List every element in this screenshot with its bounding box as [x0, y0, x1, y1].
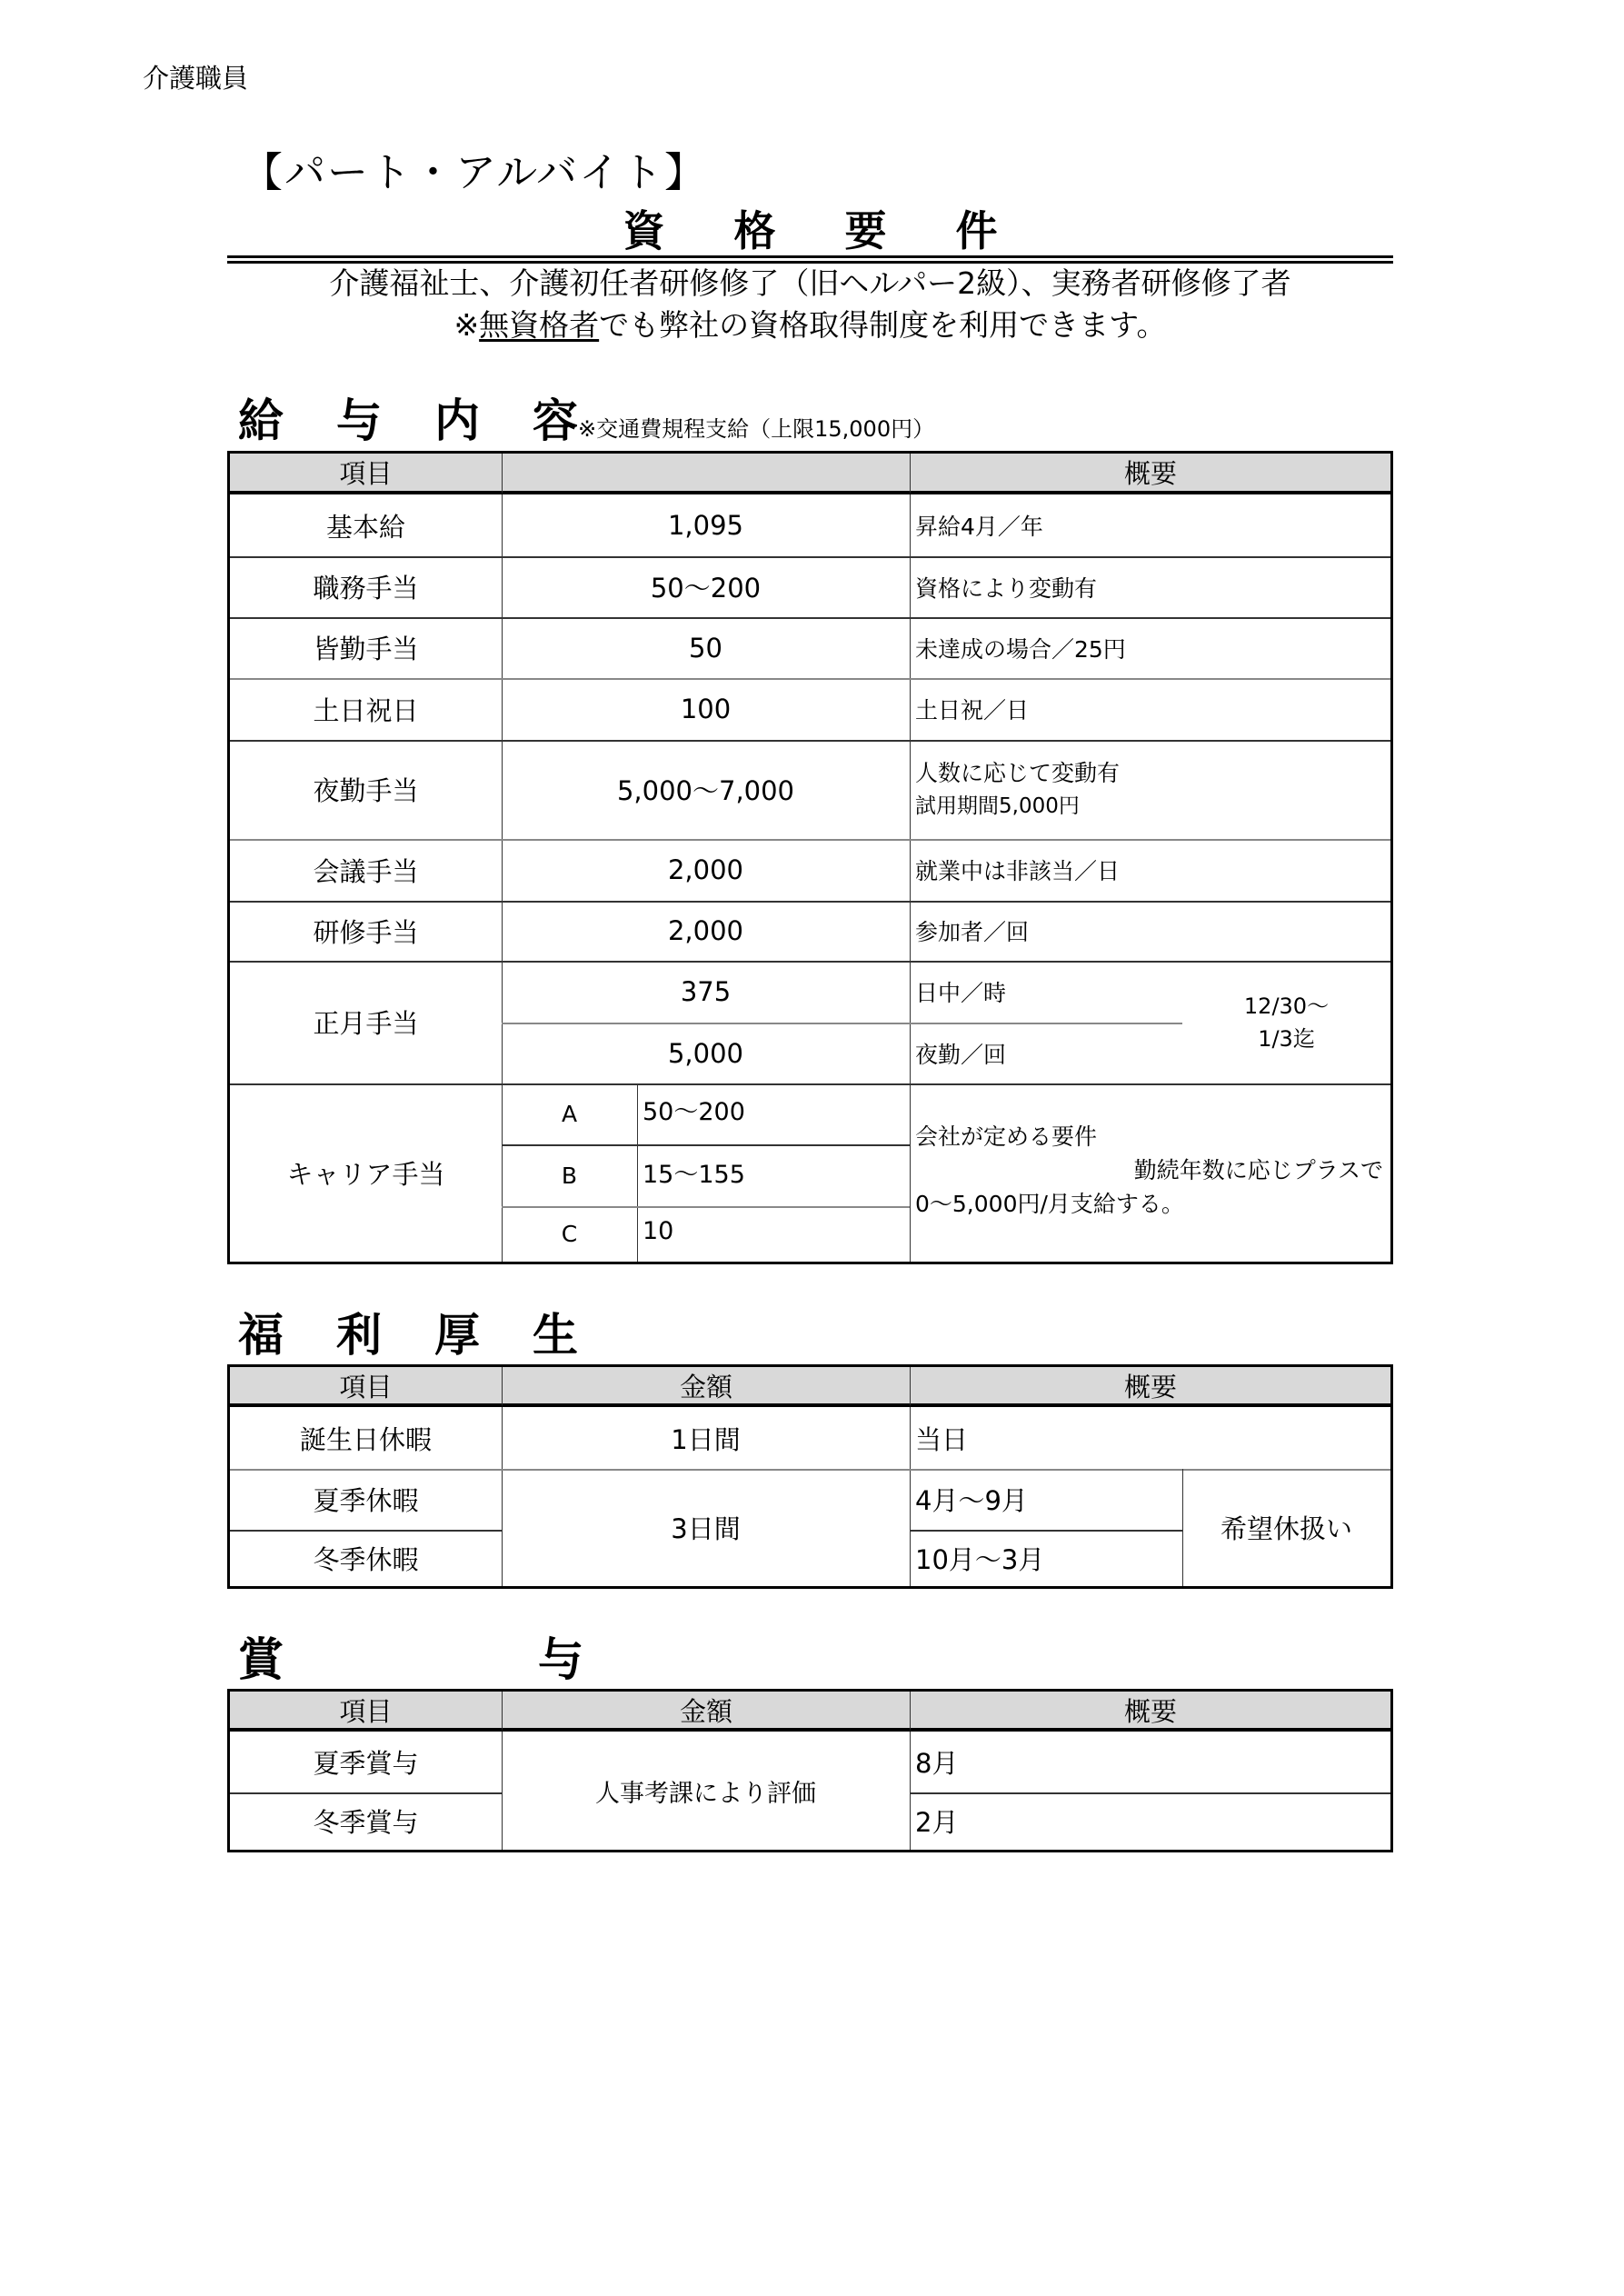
col-header-summary: 概要: [910, 454, 1390, 494]
career-summary: 会社が定める要件 勤続年数に応じプラスで 0〜5,000円/月支給する。: [910, 1083, 1390, 1262]
row-amount: 50〜200: [502, 556, 910, 617]
title-char: 生: [533, 1309, 578, 1362]
row-amount: 2,000: [502, 901, 910, 961]
title-char: 与: [336, 394, 434, 447]
career-amount: 10: [637, 1206, 910, 1256]
document-label: 介護職員: [143, 62, 248, 95]
row-summary: 2月: [910, 1792, 1390, 1850]
row-item: 夜勤手当: [230, 740, 502, 839]
row-amount: 1日間: [502, 1407, 910, 1469]
row-item: 誕生日休暇: [230, 1407, 502, 1469]
salary-section-title: 給与内容※交通費規程支給（上限15,000円）: [238, 394, 934, 455]
career-grade: A: [502, 1083, 637, 1144]
period-end: 1/3迄: [1258, 1023, 1315, 1055]
row-summary: 8月: [910, 1732, 1390, 1792]
row-item: 土日祝日: [230, 678, 502, 740]
title-char: 件: [956, 205, 998, 256]
title-char: 給: [238, 394, 336, 447]
summary-line: 0〜5,000円/月支給する。: [915, 1187, 1390, 1221]
career-grade: B: [502, 1144, 637, 1206]
new-year-period: 12/30〜 1/3迄: [1182, 961, 1390, 1083]
seasonal-note: 希望休扱い: [1182, 1469, 1390, 1586]
career-item: キャリア手当: [230, 1083, 502, 1262]
bonus-section-title: 賞与: [238, 1633, 583, 1686]
row-item: 会議手当: [230, 839, 502, 901]
employment-type-title: 【パート・アルバイト】: [242, 147, 707, 198]
title-char: 要: [845, 205, 887, 256]
col-header-item: 項目: [230, 1692, 502, 1732]
new-year-day-amount: 375: [502, 961, 910, 1023]
row-amount: 2,000: [502, 839, 910, 901]
row-item: 冬季休暇: [230, 1530, 502, 1586]
career-grade: C: [502, 1206, 637, 1262]
row-summary: 未達成の場合／25円: [910, 617, 1390, 678]
row-item: 研修手当: [230, 901, 502, 961]
row-summary: 4月〜9月: [910, 1469, 1182, 1530]
note-mark: ※: [453, 307, 479, 343]
row-item: 基本給: [230, 494, 502, 556]
title-char: 賞: [238, 1633, 538, 1686]
new-year-item: 正月手当: [230, 961, 502, 1083]
col-header-summary: 概要: [910, 1692, 1390, 1732]
row-item: 皆勤手当: [230, 617, 502, 678]
row-summary: 当日: [910, 1407, 1390, 1469]
career-amount: 50〜200: [637, 1083, 910, 1135]
row-summary: 10月〜3月: [910, 1530, 1182, 1586]
title-char: 利: [336, 1309, 434, 1362]
row-item: 夏季賞与: [230, 1732, 502, 1792]
row-amount: 1,095: [502, 494, 910, 556]
title-char: 内: [434, 394, 533, 447]
requirements-text: 介護福祉士、介護初任者研修修了（旧ヘルパー2級）、実務者研修修了者: [227, 264, 1393, 304]
row-amount: 50: [502, 617, 910, 678]
salary-table: 項目 概要 基本給 1,095 昇給4月／年 職務手当 50〜200 資格により…: [227, 451, 1393, 1264]
summary-line: 勤続年数に応じプラスで: [915, 1153, 1390, 1187]
summary-line: 試用期間5,000円: [915, 790, 1080, 823]
new-year-night-summary: 夜勤／回: [910, 1023, 1182, 1083]
row-summary: 就業中は非該当／日: [910, 839, 1390, 901]
transport-note: ※交通費規程支給（上限15,000円）: [578, 416, 934, 442]
row-summary: 人数に応じて変動有 試用期間5,000円: [910, 740, 1390, 839]
new-year-night-amount: 5,000: [502, 1023, 910, 1083]
row-summary: 参加者／回: [910, 901, 1390, 961]
col-header-summary: 概要: [910, 1367, 1390, 1407]
bonus-amount: 人事考課により評価: [502, 1732, 910, 1850]
title-char: 与: [538, 1633, 583, 1686]
summary-line: 会社が定める要件: [915, 1120, 1390, 1153]
welfare-section-title: 福利厚生: [238, 1309, 578, 1362]
title-char: 厚: [434, 1309, 533, 1362]
row-amount: 5,000〜7,000: [502, 740, 910, 839]
bonus-table: 項目 金額 概要 夏季賞与 8月 冬季賞与 2月 人事考課により評価: [227, 1689, 1393, 1852]
title-char: 容: [533, 394, 578, 447]
title-char: 福: [238, 1309, 336, 1362]
title-char: 資: [623, 205, 665, 256]
row-amount: 100: [502, 678, 910, 740]
period-start: 12/30〜: [1244, 990, 1329, 1023]
row-item: 職務手当: [230, 556, 502, 617]
col-header-item: 項目: [230, 1367, 502, 1407]
row-summary: 資格により変動有: [910, 556, 1390, 617]
new-year-day-summary: 日中／時: [910, 961, 1182, 1023]
unqualified-emphasis: 無資格者: [479, 307, 599, 343]
career-amount: 15〜155: [637, 1144, 910, 1199]
requirements-note: ※無資格者でも弊社の資格取得制度を利用できます。: [227, 305, 1393, 345]
col-header-amount: 金額: [502, 1367, 910, 1407]
note-text: でも弊社の資格取得制度を利用できます。: [599, 307, 1166, 343]
title-char: 格: [734, 205, 776, 256]
row-summary: 昇給4月／年: [910, 494, 1390, 556]
summary-line: 人数に応じて変動有: [915, 757, 1120, 790]
row-item: 冬季賞与: [230, 1792, 502, 1850]
double-rule-top: [227, 255, 1393, 258]
col-header-amount: [502, 454, 910, 494]
requirements-title: 資格要件: [227, 205, 1393, 256]
row-summary: 土日祝／日: [910, 678, 1390, 740]
col-header-amount: 金額: [502, 1692, 910, 1732]
col-header-item: 項目: [230, 454, 502, 494]
welfare-table: 項目 金額 概要 誕生日休暇 1日間 当日 夏季休暇 4月〜9月 冬季休暇 10…: [227, 1364, 1393, 1589]
row-item: 夏季休暇: [230, 1469, 502, 1530]
seasonal-amount: 3日間: [502, 1469, 910, 1586]
